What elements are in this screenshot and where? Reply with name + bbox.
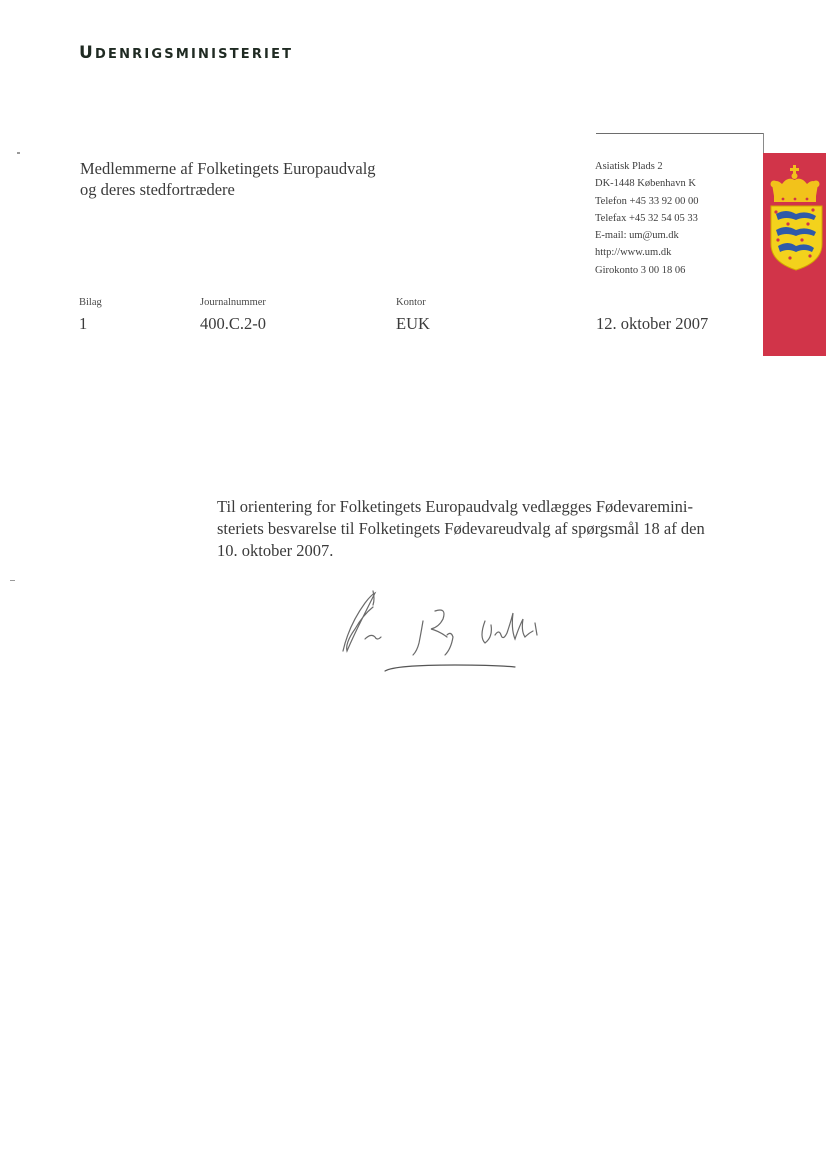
scan-artifact: [10, 580, 15, 581]
body-line: 10. oktober 2007.: [217, 540, 737, 562]
bilag-value: 1: [79, 314, 87, 334]
recipient-line: Medlemmerne af Folketingets Europaudvalg: [80, 158, 376, 179]
letter-date: 12. oktober 2007: [596, 314, 708, 334]
scan-artifact: [17, 152, 20, 154]
address-web: http://www.um.dk: [595, 244, 698, 261]
address-email: E-mail: um@um.dk: [595, 227, 698, 244]
body-line: steriets besvarelse til Folketingets Fød…: [217, 518, 737, 540]
coat-of-arms-icon: [766, 162, 826, 274]
kontor-value: EUK: [396, 314, 430, 334]
address-phone: Telefon +45 33 92 00 00: [595, 193, 698, 210]
recipient-block: Medlemmerne af Folketingets Europaudvalg…: [80, 158, 376, 200]
signature-icon: [335, 585, 555, 680]
address-fax: Telefax +45 32 54 05 33: [595, 210, 698, 227]
address-street: Asiatisk Plads 2: [595, 158, 698, 175]
ministry-rest: DENRIGSMINISTERIET: [95, 47, 293, 62]
kontor-label: Kontor: [396, 297, 426, 308]
body-line: Til orientering for Folketingets Europau…: [217, 496, 737, 518]
header-divider-tick: [763, 133, 764, 153]
header-divider: [596, 133, 763, 134]
address-giro: Girokonto 3 00 18 06: [595, 262, 698, 279]
ministry-initial: U: [79, 43, 95, 63]
address-city: DK-1448 København K: [595, 175, 698, 192]
recipient-line: og deres stedfortrædere: [80, 179, 376, 200]
letter-body: Til orientering for Folketingets Europau…: [217, 496, 737, 562]
sender-address: Asiatisk Plads 2 DK-1448 København K Tel…: [595, 158, 698, 279]
journal-value: 400.C.2-0: [200, 314, 266, 334]
journal-label: Journalnummer: [200, 297, 266, 308]
bilag-label: Bilag: [79, 297, 102, 308]
ministry-name: UDENRIGSMINISTERIET: [79, 43, 293, 63]
